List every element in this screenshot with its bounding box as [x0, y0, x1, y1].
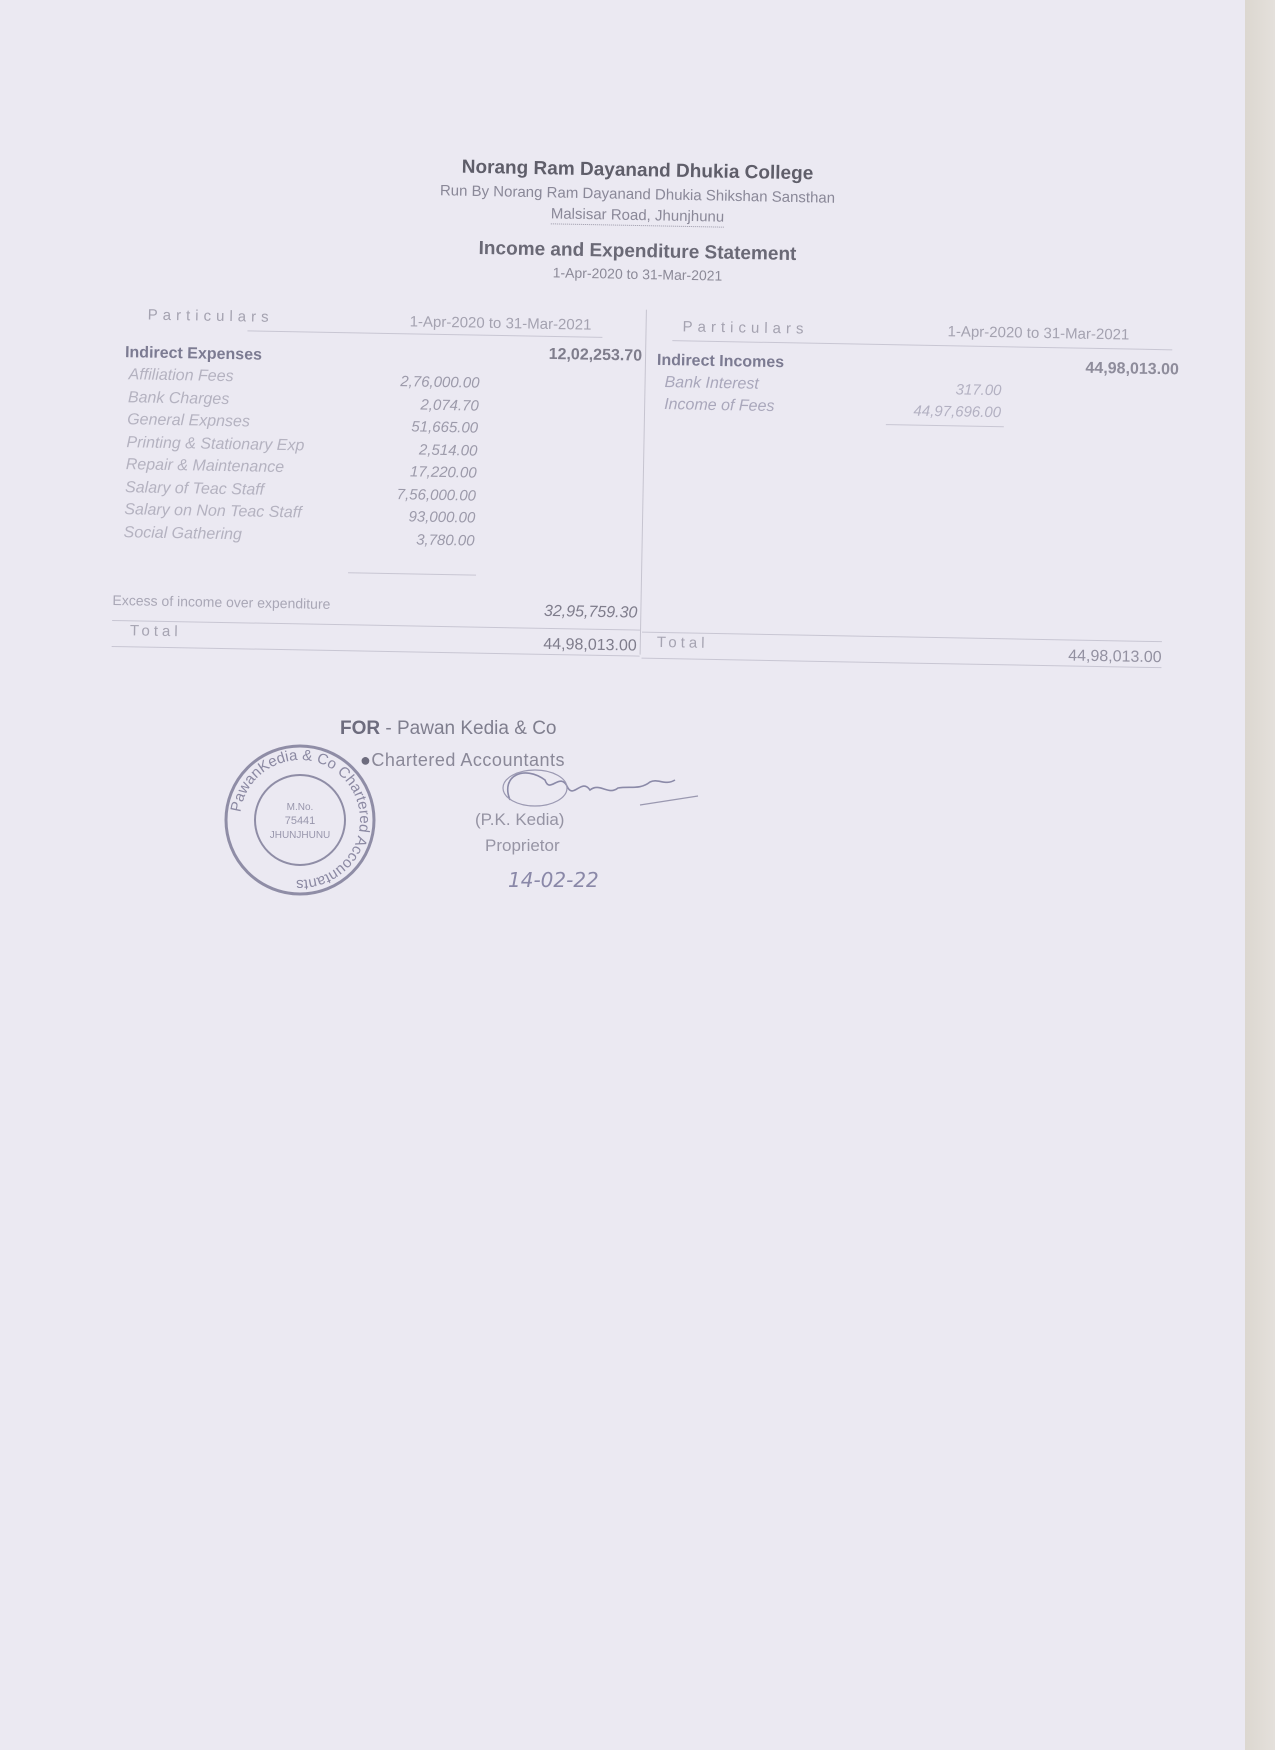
excess-label: Excess of income over expenditure [112, 592, 330, 612]
income-item-label: Bank Interest [664, 374, 759, 394]
expense-total-label: Total [130, 622, 182, 640]
expense-item-label: Salary on Non Teac Staff [124, 501, 302, 522]
expense-item-amount: 51,665.00 [348, 417, 478, 436]
expense-period-header: 1-Apr-2020 to 31-Mar-2021 [409, 313, 591, 333]
expense-item-amount: 93,000.00 [345, 507, 475, 526]
income-total-label: Total [657, 634, 709, 652]
income-total-top-line [642, 632, 1162, 643]
expense-item-label: Bank Charges [128, 389, 230, 409]
expense-item-amount: 2,074.70 [349, 395, 479, 414]
firm-name: - Pawan Kedia & Co [385, 718, 556, 739]
for-prefix: FOR [340, 718, 380, 739]
subtotal-underline [348, 572, 476, 575]
expense-item-label: Printing & Stationary Exp [126, 434, 304, 455]
expense-item-label: General Expnses [127, 411, 250, 431]
firm-type-text: Chartered Accountants [371, 750, 565, 770]
expense-item-amount: 7,56,000.00 [346, 485, 476, 504]
expense-item-label: Repair & Maintenance [126, 456, 285, 477]
income-item-label: Income of Fees [664, 396, 775, 416]
expense-item-label: Affiliation Fees [128, 366, 233, 386]
expense-item-amount: 2,514.00 [347, 440, 477, 459]
svg-text:JHUNJHUNU: JHUNJHUNU [270, 830, 331, 841]
for-firm-line: FOR - Pawan Kedia & Co [340, 718, 556, 740]
expense-item-amount: 3,780.00 [344, 530, 474, 549]
expense-item-label: Social Gathering [123, 524, 242, 544]
signature-date: 14-02-22 [508, 868, 599, 892]
income-item-amount: 44,97,696.00 [871, 402, 1001, 421]
income-group-total: 44,98,013.00 [1029, 359, 1179, 380]
expense-group-total: 12,02,253.70 [492, 345, 642, 366]
income-particulars-header: Particulars [682, 318, 808, 337]
firm-type: ●Chartered Accountants [360, 750, 565, 771]
income-subtotal-underline [886, 424, 1004, 427]
income-item-amount: 317.00 [871, 380, 1001, 399]
income-period-header: 1-Apr-2020 to 31-Mar-2021 [947, 323, 1129, 343]
expense-particulars-header: Particulars [148, 307, 274, 326]
excess-amount: 32,95,759.30 [487, 602, 637, 623]
svg-text:M.No.: M.No. [287, 802, 314, 813]
expense-item-label: Salary of Teac Staff [125, 479, 264, 500]
expense-group-label: Indirect Expenses [125, 344, 262, 365]
svg-text:75441: 75441 [285, 815, 316, 827]
address-text: Malsisar Road, Jhunjhunu [551, 205, 725, 227]
firm-stamp-icon: PawanKedia & Co Chartered Accountants M.… [222, 742, 378, 898]
expense-item-amount: 2,76,000.00 [349, 372, 479, 391]
income-expenditure-table: Particulars 1-Apr-2020 to 31-Mar-2021 Pa… [111, 300, 1180, 699]
signatory-name: (P.K. Kedia) [475, 810, 564, 830]
signatory-designation: Proprietor [485, 836, 560, 856]
income-group-label: Indirect Incomes [657, 352, 784, 372]
total-top-line [112, 620, 640, 631]
expense-item-amount: 17,220.00 [347, 462, 477, 481]
